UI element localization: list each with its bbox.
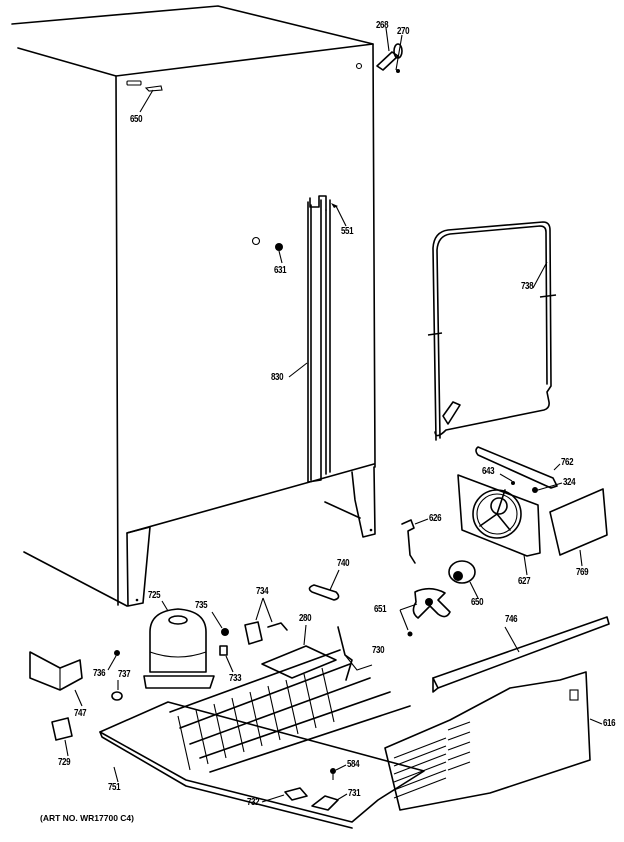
part-label-734[interactable]: 734 bbox=[256, 586, 268, 597]
part-label-769[interactable]: 769 bbox=[576, 567, 588, 578]
part-label-616[interactable]: 616 bbox=[603, 718, 615, 729]
part-label-643[interactable]: 643 bbox=[482, 466, 494, 477]
part-label-735[interactable]: 735 bbox=[195, 600, 207, 611]
part-label-733[interactable]: 733 bbox=[229, 673, 241, 684]
part-label-551[interactable]: 551 bbox=[341, 226, 353, 237]
part-label-738[interactable]: 738 bbox=[521, 281, 533, 292]
part-label-725[interactable]: 725 bbox=[148, 590, 160, 601]
parts-diagram: 268 270 650 551 631 830 738 762 643 324 … bbox=[0, 0, 624, 842]
part-label-731[interactable]: 731 bbox=[348, 788, 360, 799]
part-label-650[interactable]: 650 bbox=[130, 114, 142, 125]
part-label-651[interactable]: 651 bbox=[374, 604, 386, 615]
part-label-751[interactable]: 751 bbox=[108, 782, 120, 793]
mullion-830 bbox=[289, 196, 346, 482]
part-label-268[interactable]: 268 bbox=[376, 20, 388, 31]
part-label-627[interactable]: 627 bbox=[518, 576, 530, 587]
part-label-270[interactable]: 270 bbox=[397, 26, 409, 37]
part-label-631[interactable]: 631 bbox=[274, 265, 286, 276]
part-label-732[interactable]: 732 bbox=[247, 797, 259, 808]
part-label-324[interactable]: 324 bbox=[563, 477, 575, 488]
grille-616 bbox=[385, 672, 602, 810]
part-label-584[interactable]: 584 bbox=[347, 759, 359, 770]
part-label-737[interactable]: 737 bbox=[118, 669, 130, 680]
part-label-830[interactable]: 830 bbox=[271, 372, 283, 383]
fan-shroud-627 bbox=[458, 475, 540, 575]
part-label-650-motor[interactable]: 650 bbox=[471, 597, 483, 608]
condenser-base bbox=[100, 627, 424, 828]
art-number-caption: (ART NO. WR17700 C4) bbox=[40, 813, 134, 823]
part-label-729[interactable]: 729 bbox=[58, 757, 70, 768]
part-label-280[interactable]: 280 bbox=[299, 613, 311, 624]
part-label-746[interactable]: 746 bbox=[505, 614, 517, 625]
part-label-626[interactable]: 626 bbox=[429, 513, 441, 524]
bracket-747 bbox=[30, 652, 82, 706]
clip-650 bbox=[127, 81, 162, 112]
heater-738 bbox=[428, 222, 556, 440]
compressor-725 bbox=[144, 601, 214, 688]
part-label-747[interactable]: 747 bbox=[74, 708, 86, 719]
diagram-artwork bbox=[0, 0, 624, 842]
part-label-730[interactable]: 730 bbox=[372, 645, 384, 656]
part-label-740[interactable]: 740 bbox=[337, 558, 349, 569]
fan-blade-651 bbox=[400, 589, 450, 637]
part-label-762[interactable]: 762 bbox=[561, 457, 573, 468]
part-label-736[interactable]: 736 bbox=[93, 668, 105, 679]
channel-746 bbox=[433, 617, 609, 692]
